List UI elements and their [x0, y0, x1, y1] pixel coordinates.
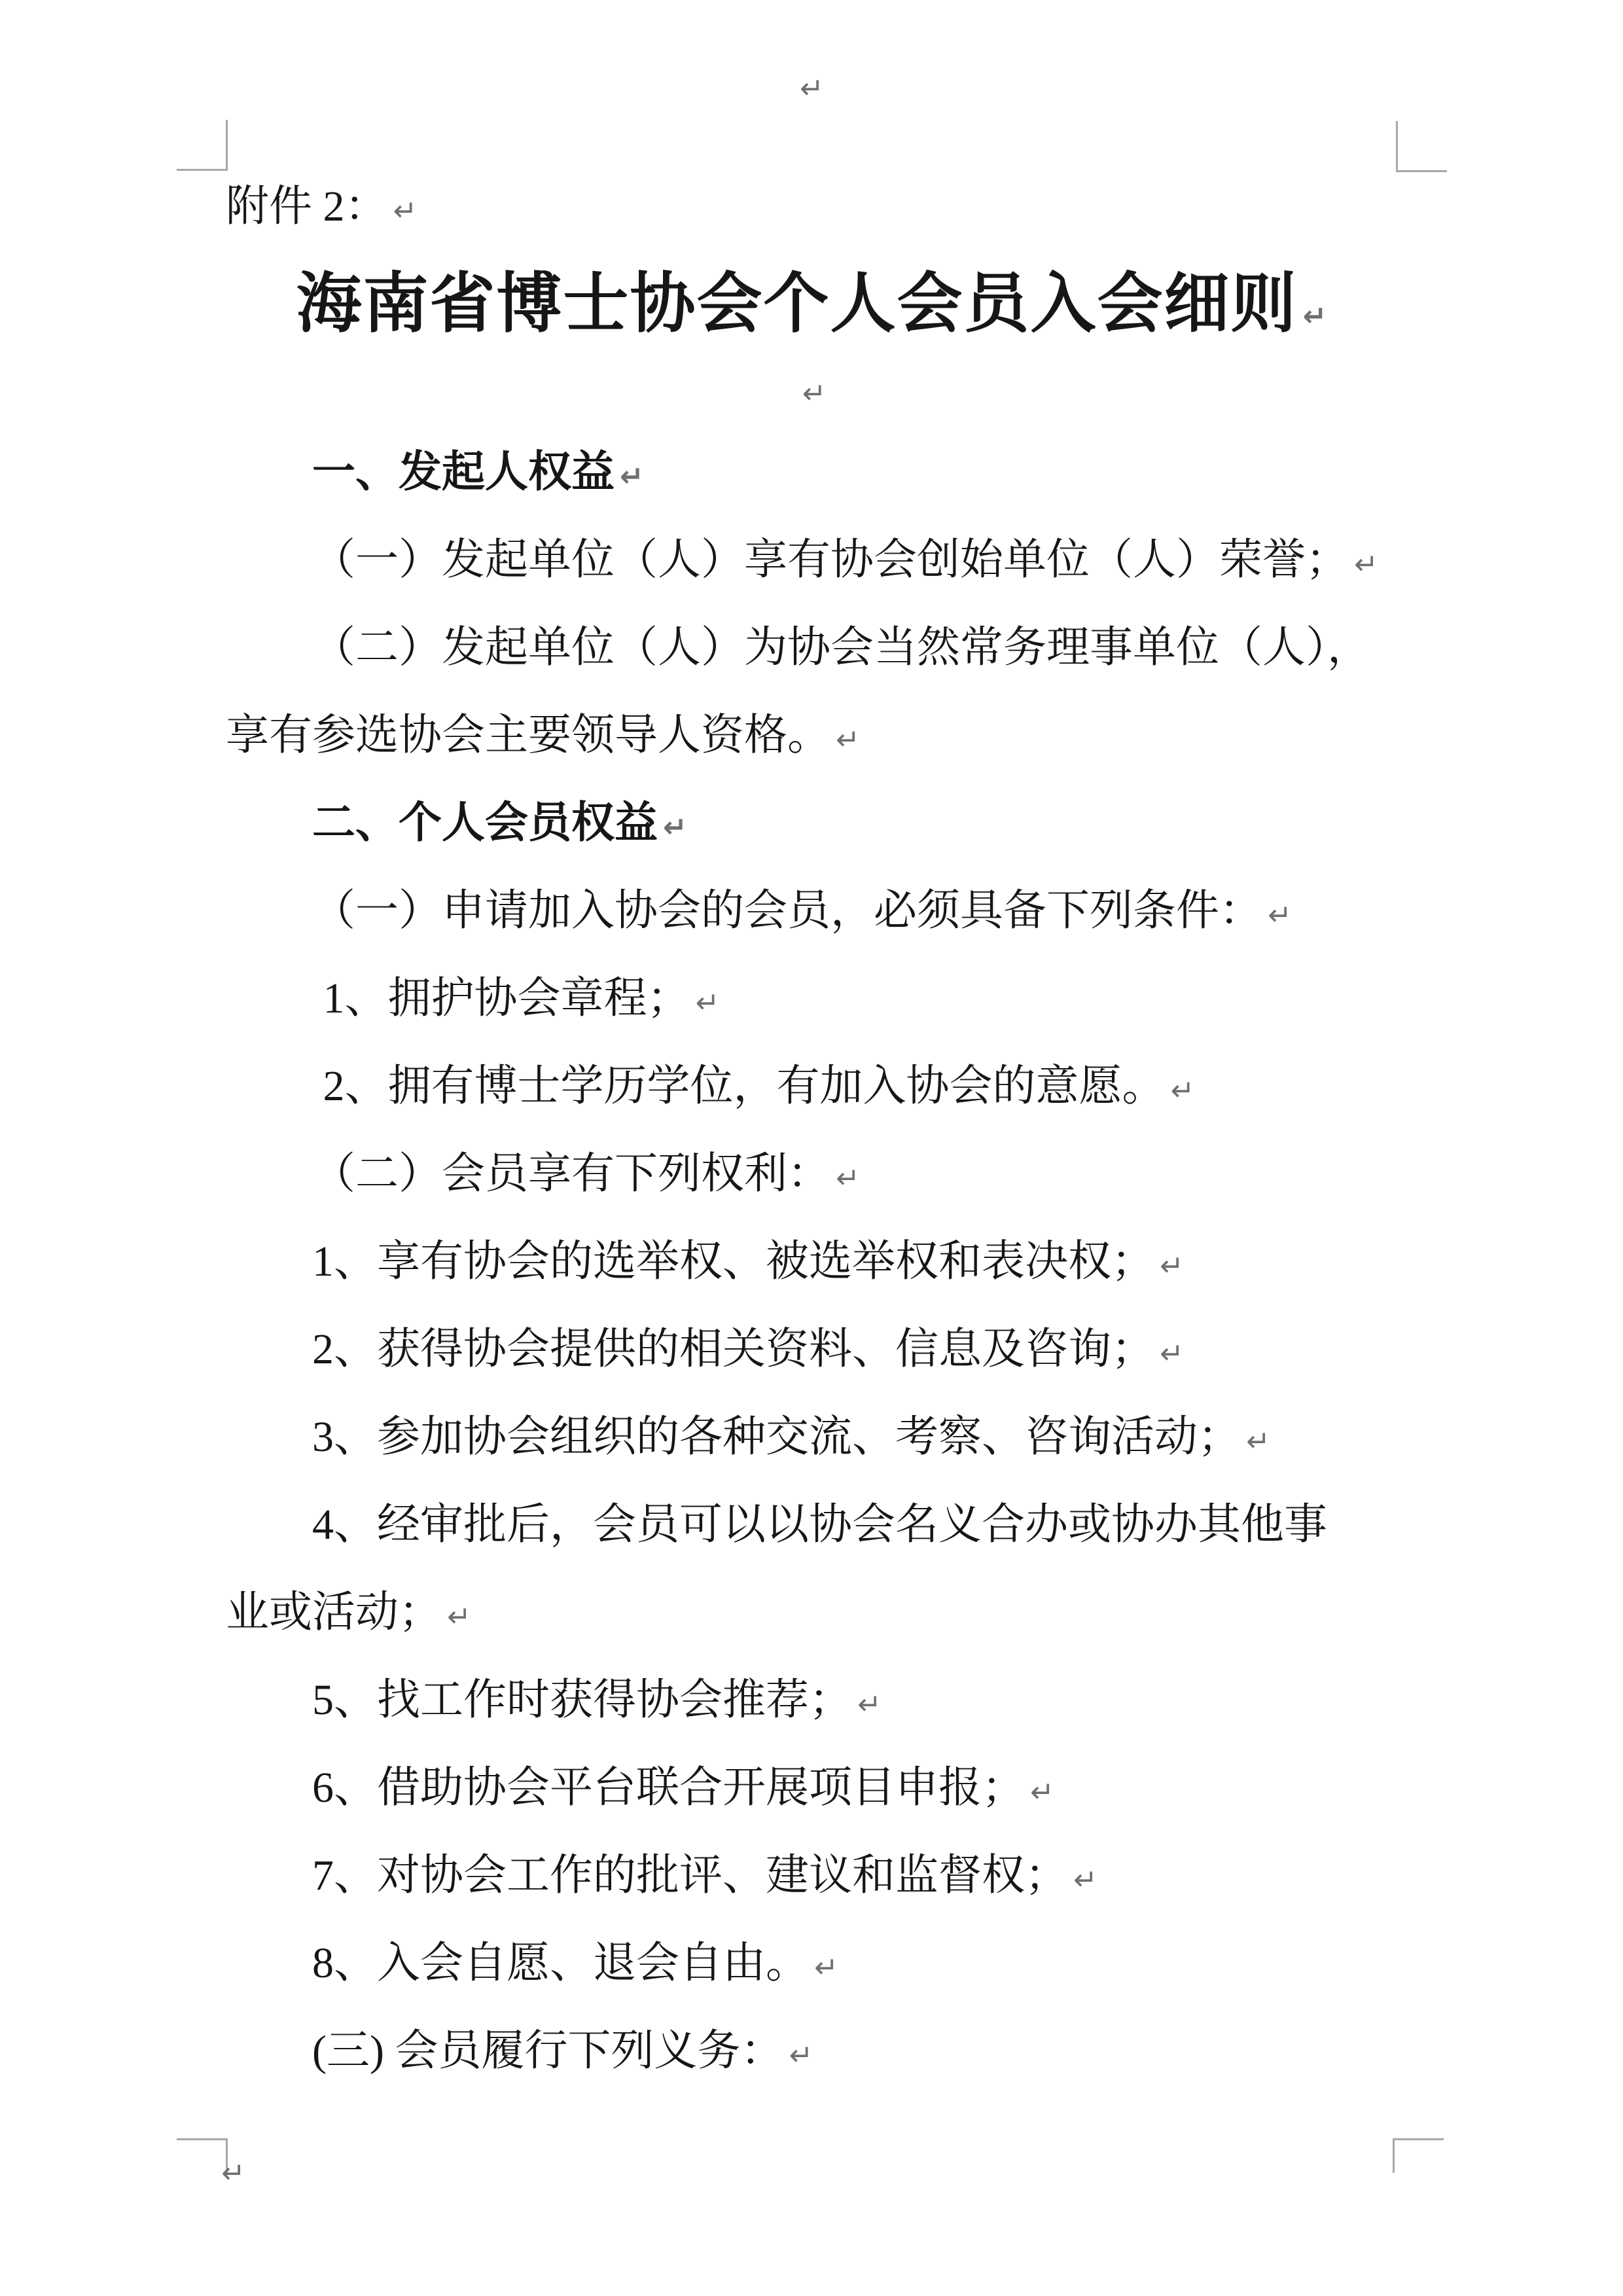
document-line: 6、借助协会平台联合开展项目申报；↵ [226, 1744, 1397, 1832]
paragraph-mark-icon: ↵ [830, 1162, 860, 1195]
line-text: 5、找工作时获得协会推荐； [312, 1676, 852, 1724]
paragraph-mark-icon: ↵ [1154, 1337, 1184, 1371]
document-line: 5、找工作时获得协会推荐；↵ [226, 1657, 1397, 1744]
document-line: 2、拥有博士学历学位，有加入协会的意愿。↵ [226, 1043, 1397, 1130]
document-line: 3、参加协会组织的各种交流、考察、咨询活动；↵ [226, 1393, 1397, 1481]
document-line: 1、拥护协会章程；↵ [226, 955, 1397, 1043]
paragraph-mark-icon: ↵ [809, 1951, 838, 1984]
document-title: 海南省博士协会个人会员入会细则↵ [226, 259, 1397, 350]
document-line: 1、享有协会的选举权、被选举权和表决权；↵ [226, 1218, 1397, 1306]
paragraph-mark-icon: ↵ [221, 2157, 245, 2190]
line-text: 海南省博士协会个人会员入会细则 [296, 268, 1298, 340]
text-boundary-mark-bottom-right [1393, 2138, 1444, 2173]
line-text: （一）申请加入协会的会员，必须具备下列条件： [312, 887, 1262, 935]
paragraph-mark-icon: ↵ [615, 460, 644, 493]
line-text: 二、个人会员权益 [312, 799, 658, 847]
line-text: 4、经审批后，会员可以以协会名义合办或协办其他事 [312, 1501, 1327, 1549]
paragraph-mark-icon: ↵ [1166, 1074, 1195, 1107]
line-text: 1、享有协会的选举权、被选举权和表决权； [312, 1238, 1154, 1285]
document-line: 2、获得协会提供的相关资料、信息及咨询；↵ [226, 1306, 1397, 1393]
paragraph-mark-icon: ↵ [388, 194, 418, 228]
document-line: （一）发起单位（人）享有协会创始单位（人）荣誉；↵ [226, 516, 1397, 604]
paragraph-blank-line: ↵ [226, 350, 1397, 429]
document-line: (三) 会员履行下列义务：↵ [226, 2007, 1397, 2095]
line-text: （二）发起单位（人）为协会当然常务理事单位（人）， [312, 624, 1370, 672]
paragraph-mark-icon: ↵ [797, 377, 827, 410]
document-line: 4、经审批后，会员可以以协会名义合办或协办其他事 [226, 1481, 1397, 1569]
line-text: 2、拥有博士学历学位，有加入协会的意愿。 [312, 1062, 1166, 1110]
document-line: 8、入会自愿、退会自由。↵ [226, 1920, 1397, 2007]
text-boundary-mark-top-left [177, 120, 228, 171]
paragraph-mark-icon: ↵ [1349, 548, 1378, 581]
paragraph-mark-icon: ↵ [852, 1688, 882, 1721]
paragraph-mark-icon: ↵ [1025, 1776, 1054, 1809]
paragraph-mark-icon: ↵ [1298, 300, 1327, 333]
section-heading: 一、发起人权益↵ [226, 429, 1397, 516]
line-text: 2、获得协会提供的相关资料、信息及咨询； [312, 1325, 1154, 1373]
line-text: 8、入会自愿、退会自由。 [312, 1939, 809, 1987]
paragraph-mark-icon: ↵ [658, 811, 687, 844]
document-line: （一）申请加入协会的会员，必须具备下列条件：↵ [226, 867, 1397, 955]
paragraph-mark-icon: ↵ [1262, 899, 1292, 932]
line-text: 7、对协会工作的批评、建议和监督权； [312, 1852, 1068, 1899]
paragraph-mark-icon: ↵ [690, 986, 720, 1020]
paragraph-mark-icon: ↵ [1241, 1425, 1270, 1458]
document-line: 7、对协会工作的批评、建议和监督权；↵ [226, 1832, 1397, 1920]
document-line: 业或活动；↵ [226, 1569, 1397, 1657]
attachment-label: 附件 2：↵ [226, 169, 1397, 244]
document-line: （二）会员享有下列权利：↵ [226, 1130, 1397, 1218]
line-text: 享有参选协会主要领导人资格。 [226, 711, 830, 759]
line-text: 业或活动； [226, 1588, 442, 1636]
paragraph-mark-icon: ↵ [1154, 1249, 1184, 1283]
line-text: (三) 会员履行下列义务： [312, 2027, 783, 2075]
document-line: 享有参选协会主要领导人资格。↵ [226, 692, 1397, 780]
line-text: 附件 2： [226, 183, 388, 230]
document-body: 附件 2：↵海南省博士协会个人会员入会细则↵↵一、发起人权益↵（一）发起单位（人… [226, 169, 1397, 2095]
paragraph-mark-icon: ↵ [1068, 1863, 1097, 1897]
line-text: 6、借助协会平台联合开展项目申报； [312, 1764, 1025, 1812]
line-text: （二）会员享有下列权利： [312, 1150, 830, 1198]
text-boundary-mark-bottom-left [177, 2138, 228, 2173]
line-text: 1、拥护协会章程； [312, 975, 690, 1022]
paragraph-mark-icon: ↵ [830, 723, 860, 757]
text-boundary-mark-top-right [1396, 121, 1447, 172]
paragraph-mark-icon: ↵ [442, 1600, 471, 1634]
line-text: （一）发起单位（人）享有协会创始单位（人）荣誉； [312, 536, 1349, 584]
document-line: （二）发起单位（人）为协会当然常务理事单位（人）， [226, 604, 1397, 692]
paragraph-mark-icon: ↵ [800, 72, 824, 105]
document-page: ↵ 附件 2：↵海南省博士协会个人会员入会细则↵↵一、发起人权益↵（一）发起单位… [0, 0, 1623, 2296]
line-text: 3、参加协会组织的各种交流、考察、咨询活动； [312, 1413, 1241, 1461]
paragraph-mark-icon: ↵ [783, 2039, 813, 2072]
section-heading: 二、个人会员权益↵ [226, 780, 1397, 867]
line-text: 一、发起人权益 [312, 448, 615, 496]
